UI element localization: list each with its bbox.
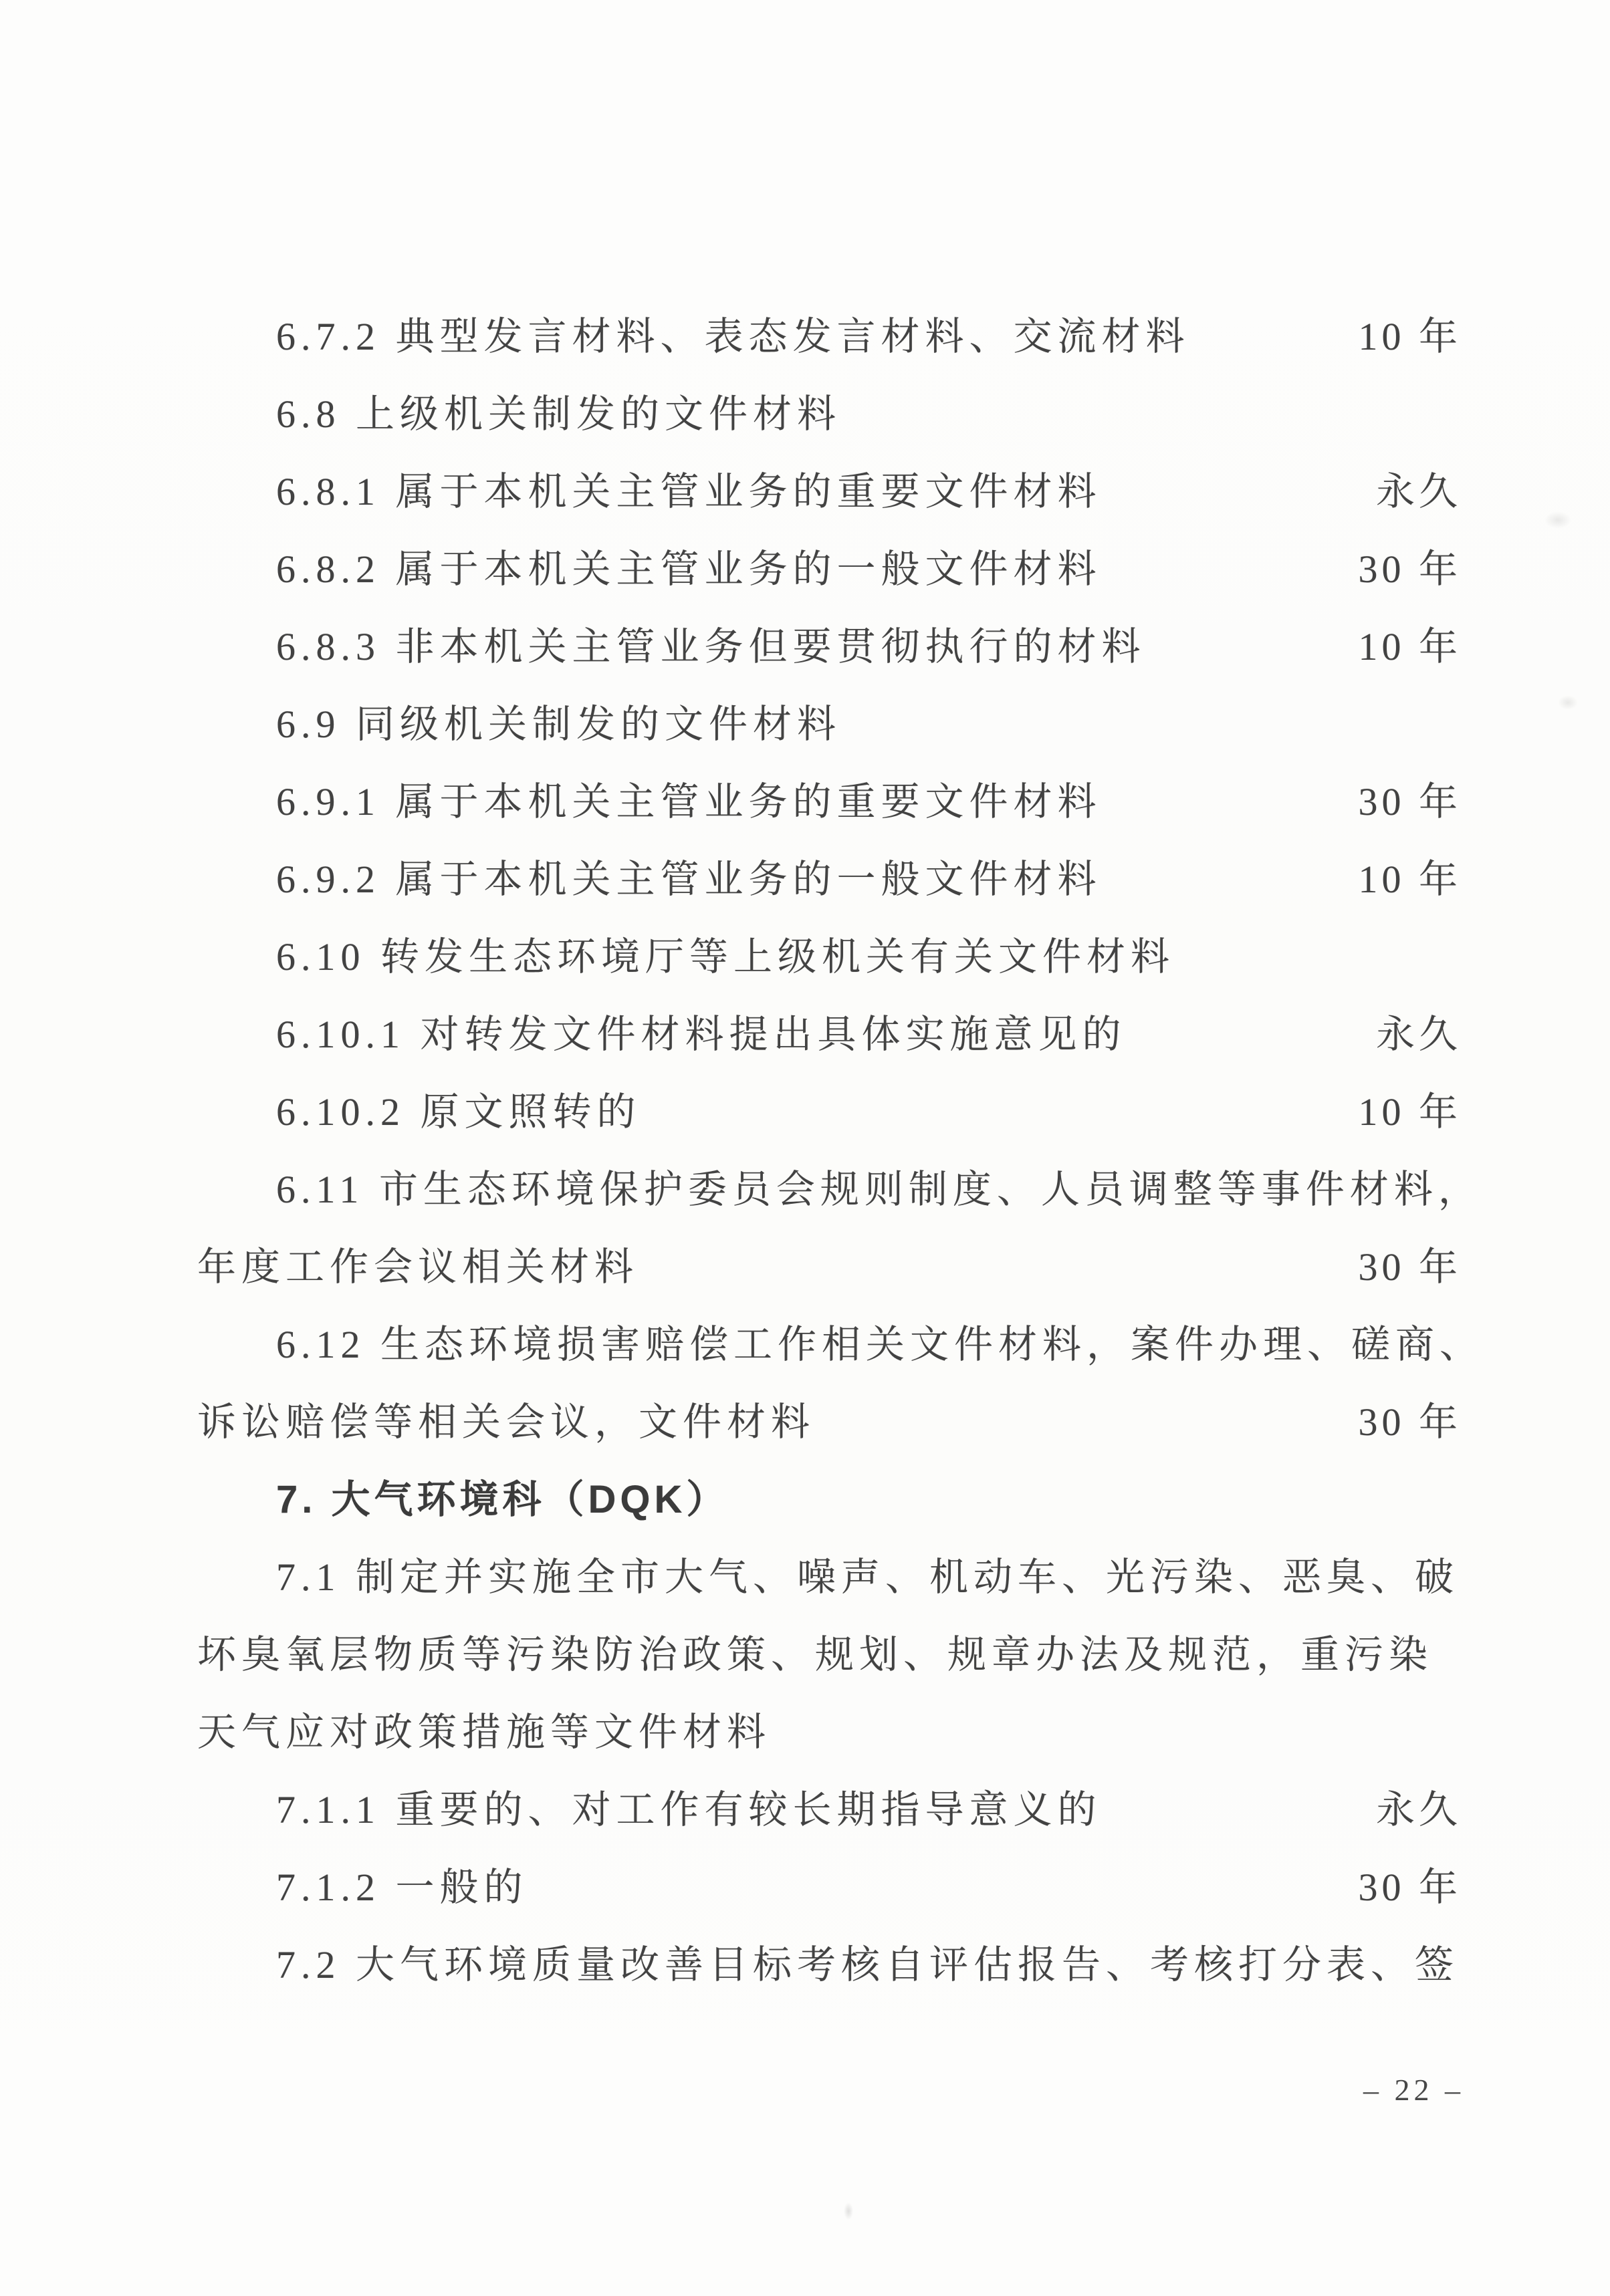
scan-artifact (844, 2202, 853, 2220)
scan-artifact (1544, 511, 1571, 529)
item-text: 诉讼赔偿等相关会议，文件材料 (197, 1390, 815, 1446)
item-text: 6.10 转发生态环境厅等上级机关有关文件材料 (276, 925, 1175, 981)
section-heading-text: 7. 大气环境科（DQK） (276, 1468, 729, 1524)
retention-value: 10 年 (1358, 615, 1462, 671)
retention-value: 10 年 (1358, 1080, 1462, 1136)
item-text: 年度工作会议相关材料 (197, 1235, 639, 1291)
list-item: 6.9.1 属于本机关主管业务的重要文件材料 30 年 (197, 759, 1458, 837)
list-item-continuation: 天气应对政策措施等文件材料 (197, 1690, 1458, 1767)
retention-value: 30 年 (1358, 1235, 1462, 1291)
item-text: 6.12 生态环境损害赔偿工作相关文件材料，案件办理、磋商、 (276, 1313, 1484, 1369)
item-text: 7.1.2 一般的 (276, 1856, 528, 1912)
item-text: 天气应对政策措施等文件材料 (197, 1700, 771, 1757)
retention-value: 30 年 (1358, 1390, 1462, 1446)
retention-value: 永久 (1376, 1778, 1462, 1834)
scanned-document-page: 6.7.2 典型发言材料、表态发言材料、交流材料 10 年 6.8 上级机关制发… (0, 0, 1610, 2296)
list-item: 7.1 制定并实施全市大气、噪声、机动车、光污染、恶臭、破 (197, 1535, 1458, 1612)
item-text: 6.9 同级机关制发的文件材料 (276, 692, 841, 749)
retention-value: 30 年 (1358, 537, 1462, 594)
item-text: 6.8.1 属于本机关主管业务的重要文件材料 (276, 460, 1102, 516)
list-item: 6.8.1 属于本机关主管业务的重要文件材料 永久 (197, 449, 1458, 527)
page-number: – 22 – (1363, 2072, 1464, 2108)
list-item-continuation: 年度工作会议相关材料 30 年 (197, 1225, 1458, 1302)
retention-value: 10 年 (1358, 848, 1462, 904)
retention-value: 10 年 (1358, 305, 1462, 361)
list-item: 6.10.2 原文照转的 10 年 (197, 1069, 1458, 1147)
retention-value: 30 年 (1358, 770, 1462, 826)
document-body: 6.7.2 典型发言材料、表态发言材料、交流材料 10 年 6.8 上级机关制发… (197, 294, 1458, 2000)
item-text: 7.1.1 重要的、对工作有较长期指导意义的 (276, 1778, 1102, 1834)
retention-value: 30 年 (1358, 1856, 1462, 1912)
item-text: 7.1 制定并实施全市大气、噪声、机动车、光污染、恶臭、破 (276, 1545, 1459, 1602)
item-text: 7.2 大气环境质量改善目标考核自评估报告、考核打分表、签 (276, 1933, 1459, 1989)
list-item: 7.1.1 重要的、对工作有较长期指导意义的 永久 (197, 1767, 1458, 1845)
list-item: 6.8.3 非本机关主管业务但要贯彻执行的材料 10 年 (197, 604, 1458, 682)
item-text: 坏臭氧层物质等污染防治政策、规划、规章办法及规范，重污染 (197, 1623, 1433, 1679)
list-item-continuation: 诉讼赔偿等相关会议，文件材料 30 年 (197, 1380, 1458, 1457)
list-item: 6.8.2 属于本机关主管业务的一般文件材料 30 年 (197, 527, 1458, 604)
retention-value: 永久 (1376, 460, 1462, 516)
item-text: 6.11 市生态环境保护委员会规则制度、人员调整等事件材料， (276, 1158, 1482, 1214)
list-item-continuation: 坏臭氧层物质等污染防治政策、规划、规章办法及规范，重污染 (197, 1612, 1458, 1690)
list-item: 7.1.2 一般的 30 年 (197, 1845, 1458, 1922)
list-item: 6.10 转发生态环境厅等上级机关有关文件材料 (197, 914, 1458, 992)
item-text: 6.8.2 属于本机关主管业务的一般文件材料 (276, 537, 1102, 594)
list-item: 6.11 市生态环境保护委员会规则制度、人员调整等事件材料， (197, 1147, 1458, 1225)
scan-artifact (1558, 695, 1578, 710)
list-item: 6.9 同级机关制发的文件材料 (197, 682, 1458, 759)
list-item: 6.10.1 对转发文件材料提出具体实施意见的 永久 (197, 992, 1458, 1069)
list-item: 7.2 大气环境质量改善目标考核自评估报告、考核打分表、签 (197, 1922, 1458, 2000)
list-item: 6.7.2 典型发言材料、表态发言材料、交流材料 10 年 (197, 294, 1458, 372)
item-text: 6.10.2 原文照转的 (276, 1080, 641, 1136)
list-item: 6.9.2 属于本机关主管业务的一般文件材料 10 年 (197, 837, 1458, 914)
list-item: 6.12 生态环境损害赔偿工作相关文件材料，案件办理、磋商、 (197, 1302, 1458, 1380)
retention-value: 永久 (1376, 1003, 1462, 1059)
item-text: 6.8.3 非本机关主管业务但要贯彻执行的材料 (276, 615, 1146, 671)
section-heading: 7. 大气环境科（DQK） (197, 1457, 1458, 1535)
item-text: 6.9.1 属于本机关主管业务的重要文件材料 (276, 770, 1102, 826)
item-text: 6.10.1 对转发文件材料提出具体实施意见的 (276, 1003, 1127, 1059)
list-item: 6.8 上级机关制发的文件材料 (197, 372, 1458, 449)
item-text: 6.7.2 典型发言材料、表态发言材料、交流材料 (276, 305, 1190, 361)
item-text: 6.8 上级机关制发的文件材料 (276, 382, 841, 438)
item-text: 6.9.2 属于本机关主管业务的一般文件材料 (276, 848, 1102, 904)
